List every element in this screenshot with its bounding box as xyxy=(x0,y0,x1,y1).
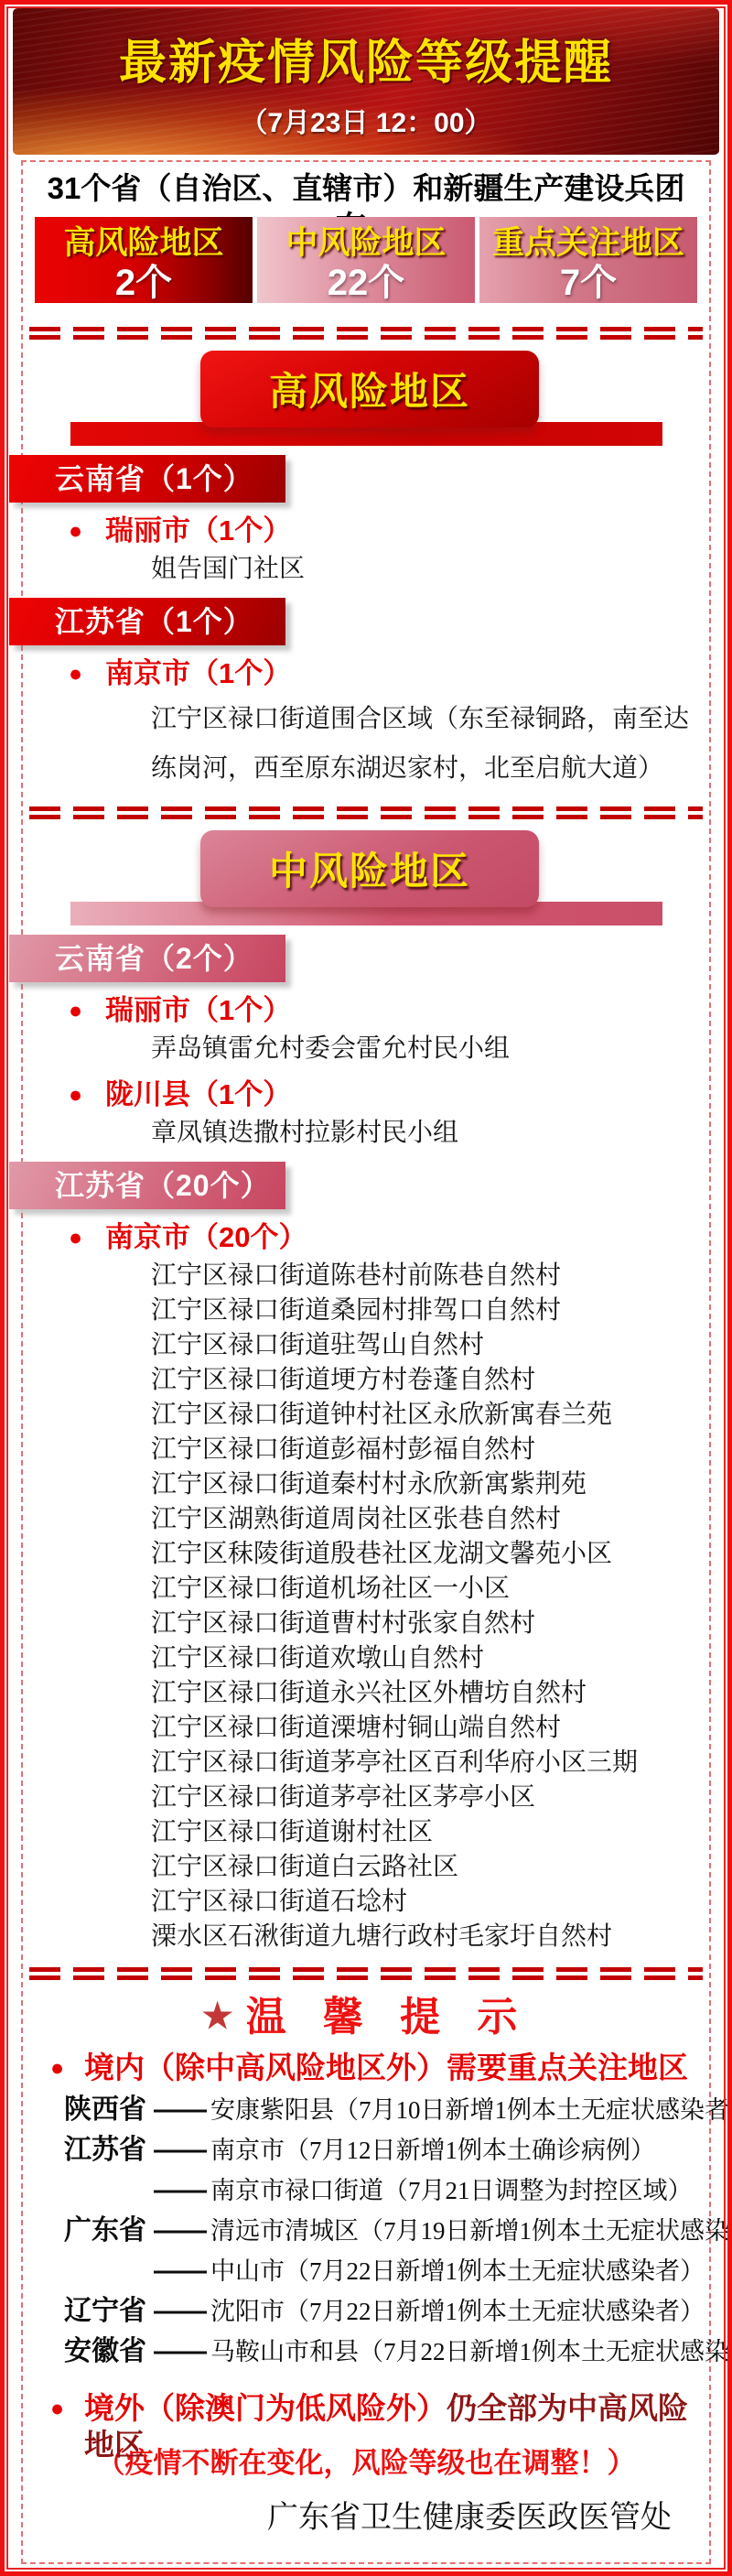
dashed-divider xyxy=(29,327,703,340)
place-item: 江宁区禄口街道茅亭社区茅亭小区 xyxy=(35,1780,697,1815)
high-risk-count: 2个 xyxy=(115,264,172,302)
note-detail: 中山市（7月22日新增1例本土无症状感染者） xyxy=(210,2257,705,2285)
city-name: 瑞丽市（1个） xyxy=(105,994,291,1026)
note-dash: —— xyxy=(154,2256,205,2286)
poster-content: 31个省（自治区、直辖市）和新疆生产建设兵团有： 高风险地区 2个 中风险地区 … xyxy=(5,169,727,2537)
intro-line: 31个省（自治区、直辖市）和新疆生产建设兵团有： xyxy=(35,169,697,208)
place-list: 姐告国门社区 xyxy=(35,552,697,587)
place-list: 弄岛镇雷允村委会雷允村民小组 xyxy=(35,1032,697,1066)
place-item: 江宁区禄口街道钟村社区永欣新寓春兰苑 xyxy=(35,1398,697,1433)
epidemic-risk-poster: 最新疫情风险等级提醒 （7月23日 12：00） 31个省（自治区、直辖市）和新… xyxy=(0,0,732,2576)
page-title: 最新疫情风险等级提醒 xyxy=(119,24,613,92)
note-province: 江苏省 xyxy=(64,2130,154,2170)
high-risk-section-ribbon: 高风险地区 xyxy=(35,351,697,449)
medium-risk-count-box: 中风险地区 22个 xyxy=(257,217,475,303)
note-line: 陕西省——安康紫阳县（7月10日新增1例本土无症状感染者） xyxy=(35,2090,697,2130)
place-list: 江宁区禄口街道陈巷村前陈巷自然村江宁区禄口街道桑园村排驾口自然村江宁区禄口街道驻… xyxy=(35,1259,697,1954)
city-line: ●瑞丽市（1个） xyxy=(35,995,697,1026)
place-item: 江宁区禄口街道机场社区一小区 xyxy=(35,1572,697,1607)
province-banner: 云南省（1个） xyxy=(9,455,285,503)
star-icon: ★ xyxy=(202,1997,233,2036)
place-item: 弄岛镇雷允村委会雷允村民小组 xyxy=(35,1032,697,1066)
place-item: 姐告国门社区 xyxy=(35,552,697,587)
note-detail: 马鞍山市和县（7月22日新增1例本土无症状感染者） xyxy=(210,2338,732,2365)
place-item: 江宁区禄口街道驻驾山自然村 xyxy=(35,1328,697,1363)
note-detail: 沈阳市（7月22日新增1例本土无症状感染者） xyxy=(210,2298,705,2325)
note-detail: 南京市（7月12日新增1例本土确诊病例） xyxy=(210,2137,655,2164)
tips-title: ★温 馨 提 示 xyxy=(35,1995,697,2039)
province-banner: 云南省（2个） xyxy=(9,935,285,982)
note-dash: —— xyxy=(154,2094,205,2125)
overseas-text-main: 境外（除澳门为低风险外） xyxy=(84,2391,447,2425)
place-item: 江宁区禄口街道欢墩山自然村 xyxy=(35,1641,697,1676)
note-dash: —— xyxy=(154,2336,205,2366)
city-line: ●南京市（20个） xyxy=(35,1222,697,1253)
note-detail: 清远市清城区（7月19日新增1例本土无症状感染者） xyxy=(210,2217,732,2245)
overseas-heading: ● 境外（除澳门为低风险外）仍全部为中高风险地区 xyxy=(35,2390,697,2427)
place-item: 江宁区禄口街道陈巷村前陈巷自然村 xyxy=(35,1259,697,1293)
note-detail: 南京市禄口街道（7月21日调整为封控区域） xyxy=(210,2177,693,2204)
place-list: 江宁区禄口街道围合区域（东至禄铜路，南至达练岗河，西至原东湖迟家村，北至启航大道… xyxy=(35,695,697,794)
high-risk-label: 高风险地区 xyxy=(63,218,223,264)
city-name: 南京市（20个） xyxy=(105,1221,307,1253)
place-item: 江宁区禄口街道谢村社区 xyxy=(35,1815,697,1850)
note-dash: —— xyxy=(154,2296,205,2326)
note-line: ——南京市禄口街道（7月21日调整为封控区域） xyxy=(35,2170,697,2211)
province-block: 江苏省（20个）●南京市（20个）江宁区禄口街道陈巷村前陈巷自然村江宁区禄口街道… xyxy=(35,1162,697,1954)
bullet-icon: ● xyxy=(50,2390,64,2427)
medium-risk-section-ribbon: 中风险地区 xyxy=(35,830,697,929)
place-item: 江宁区禄口街道永兴社区外槽坊自然村 xyxy=(35,1676,697,1711)
high-risk-section-title: 高风险地区 xyxy=(200,351,539,428)
note-line: 江苏省——南京市（7月12日新增1例本土确诊病例） xyxy=(35,2130,697,2170)
bullet-icon: ● xyxy=(69,658,82,689)
province-block: 云南省（1个）●瑞丽市（1个）姐告国门社区 xyxy=(35,455,697,587)
city-name: 瑞丽市（1个） xyxy=(105,514,291,547)
place-item: 江宁区禄口街道石埝村 xyxy=(35,1885,697,1920)
city-line: ●瑞丽市（1个） xyxy=(35,515,697,547)
city-name: 南京市（1个） xyxy=(105,657,291,689)
place-item: 江宁区禄口街道埂方村卷蓬自然村 xyxy=(35,1363,697,1398)
province-banner: 江苏省（20个） xyxy=(9,1162,285,1209)
province-block: 云南省（2个）●瑞丽市（1个）弄岛镇雷允村委会雷允村民小组●陇川县（1个）章凤镇… xyxy=(35,935,697,1151)
place-item: 江宁区禄口街道白云路社区 xyxy=(35,1850,697,1885)
medium-risk-province-list: 云南省（2个）●瑞丽市（1个）弄岛镇雷允村委会雷允村民小组●陇川县（1个）章凤镇… xyxy=(35,935,697,1954)
place-item: 江宁区秣陵街道殷巷社区龙湖文馨苑小区 xyxy=(35,1537,697,1572)
domestic-focus-text: 境内（除中高风险地区外）需要重点关注地区 xyxy=(84,2051,688,2084)
place-item: 江宁区禄口街道茅亭社区百利华府小区三期 xyxy=(35,1746,697,1780)
header-banner: 最新疫情风险等级提醒 （7月23日 12：00） xyxy=(13,8,719,155)
medium-risk-count: 22个 xyxy=(328,264,405,302)
focus-area-count-box: 重点关注地区 7个 xyxy=(479,217,697,303)
signature-line: 广东省卫生健康委医政医管处 xyxy=(35,2492,697,2537)
bullet-icon: ● xyxy=(69,515,82,547)
province-block: 江苏省（1个）●南京市（1个）江宁区禄口街道围合区域（东至禄铜路，南至达练岗河，… xyxy=(35,598,697,794)
focus-area-count: 7个 xyxy=(560,264,617,302)
note-dash: —— xyxy=(154,2135,205,2165)
note-province: 安徽省 xyxy=(64,2332,154,2372)
medium-risk-section-title: 中风险地区 xyxy=(200,830,539,907)
note-detail: 安康紫阳县（7月10日新增1例本土无症状感染者） xyxy=(210,2096,732,2124)
city-name: 陇川县（1个） xyxy=(105,1078,291,1110)
bullet-icon: ● xyxy=(69,1079,82,1110)
dashed-divider xyxy=(29,806,703,819)
place-item: 江宁区禄口街道曹村村张家自然村 xyxy=(35,1607,697,1641)
place-item: 江宁区禄口街道彭福村彭福自然村 xyxy=(35,1433,697,1467)
place-item: 章凤镇迭撒村拉影村民小组 xyxy=(35,1116,697,1151)
note-line: ——中山市（7月22日新增1例本土无症状感染者） xyxy=(35,2251,697,2291)
dashed-divider xyxy=(29,1967,703,1980)
place-item: 溧水区石湫街道九塘行政村毛家圩自然村 xyxy=(35,1920,697,1954)
page-subtitle: （7月23日 12：00） xyxy=(240,100,491,140)
note-dash: —— xyxy=(154,2175,205,2205)
note-line: 安徽省——马鞍山市和县（7月22日新增1例本土无症状感染者） xyxy=(35,2332,697,2372)
note-line: 辽宁省——沈阳市（7月22日新增1例本土无症状感染者） xyxy=(35,2291,697,2332)
city-line: ●南京市（1个） xyxy=(35,658,697,689)
bullet-icon: ● xyxy=(69,1222,82,1253)
medium-risk-label: 中风险地区 xyxy=(285,218,446,264)
place-item: 江宁区湖熟街道周岗社区张巷自然村 xyxy=(35,1502,697,1537)
place-item: 江宁区禄口街道溧塘村铜山端自然村 xyxy=(35,1711,697,1746)
province-banner: 江苏省（1个） xyxy=(9,598,285,645)
bullet-icon: ● xyxy=(50,2050,64,2086)
place-list: 章凤镇迭撒村拉影村民小组 xyxy=(35,1116,697,1151)
note-province: 陕西省 xyxy=(64,2090,154,2130)
tips-title-text: 温 馨 提 示 xyxy=(246,1995,531,2040)
domestic-focus-heading: ● 境内（除中高风险地区外）需要重点关注地区 xyxy=(35,2050,697,2086)
note-dash: —— xyxy=(154,2215,205,2246)
place-item: 江宁区禄口街道秦村村永欣新寓紫荆苑 xyxy=(35,1467,697,1502)
note-province: 辽宁省 xyxy=(64,2291,154,2332)
city-line: ●陇川县（1个） xyxy=(35,1079,697,1110)
note-province: 广东省 xyxy=(64,2211,154,2251)
high-risk-province-list: 云南省（1个）●瑞丽市（1个）姐告国门社区江苏省（1个）●南京市（1个）江宁区禄… xyxy=(35,455,697,794)
province-notes: 陕西省——安康紫阳县（7月10日新增1例本土无症状感染者）江苏省——南京市（7月… xyxy=(35,2090,697,2372)
note-line: 广东省——清远市清城区（7月19日新增1例本土无症状感染者） xyxy=(35,2211,697,2251)
focus-area-label: 重点关注地区 xyxy=(492,218,684,264)
bullet-icon: ● xyxy=(69,995,82,1026)
high-risk-count-box: 高风险地区 2个 xyxy=(35,217,253,303)
place-item: 江宁区禄口街道围合区域（东至禄铜路，南至达练岗河，西至原东湖迟家村，北至启航大道… xyxy=(35,695,697,794)
place-item: 江宁区禄口街道桑园村排驾口自然村 xyxy=(35,1293,697,1328)
risk-summary-row: 高风险地区 2个 中风险地区 22个 重点关注地区 7个 xyxy=(35,217,697,303)
